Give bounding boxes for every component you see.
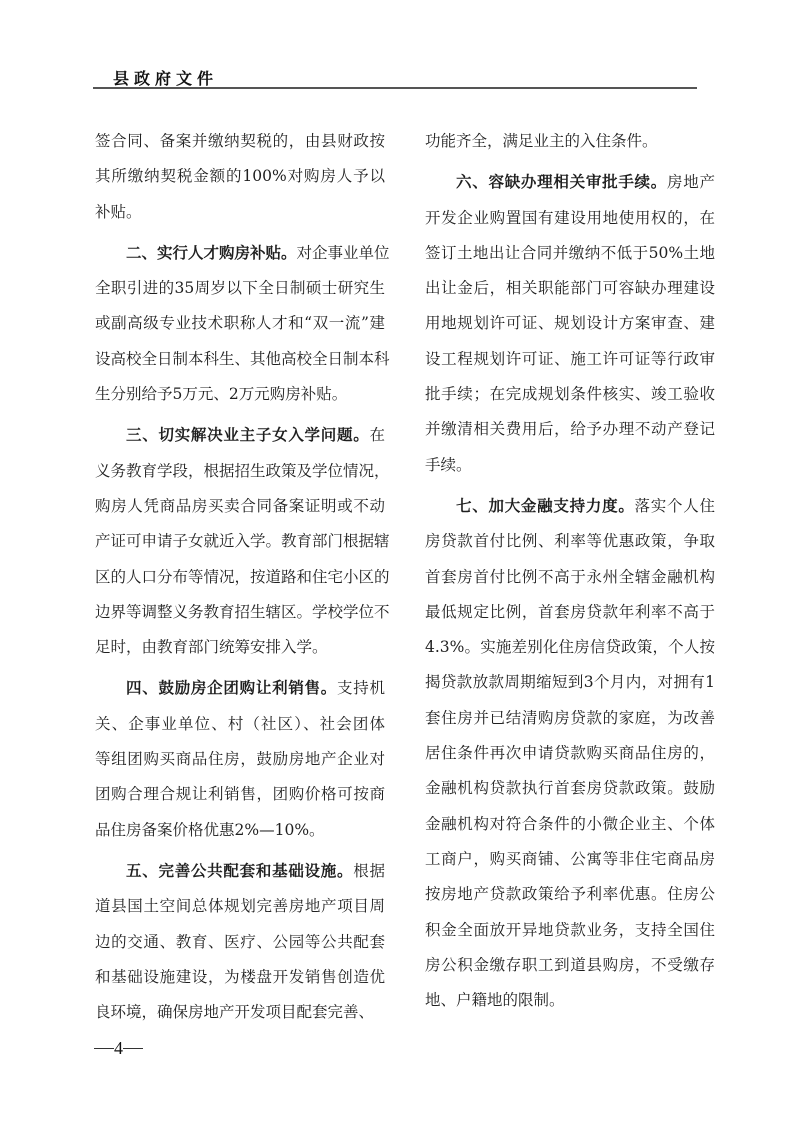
- section-heading: 二、实行人才购房补贴。: [126, 244, 297, 262]
- running-header-title: 县政府文件: [113, 66, 218, 89]
- body-text: 首套房首付比例不高于永州全辖金融机构: [425, 568, 715, 586]
- text-line: 五、完善公共配套和基础设施。根据: [95, 854, 385, 889]
- text-line: 居住条件再次申请贷款购买商品住房的，: [425, 736, 715, 771]
- text-line: 道县国土空间总体规划完善房地产项目周: [95, 889, 385, 924]
- text-line: 品住房备案价格优惠2%—10%。: [95, 813, 385, 848]
- body-text: 道县国土空间总体规划完善房地产项目周: [95, 897, 385, 915]
- right-column: 功能齐全，满足业主的入住条件。六、容缺办理相关审批手续。房地产开发企业购置国有建…: [425, 124, 715, 1018]
- text-line: 地、户籍地的限制。: [425, 983, 715, 1018]
- body-text: 揭贷款放款周期缩短到3个月内，对拥有1: [425, 673, 715, 691]
- text-line: 生分别给予5万元、2万元购房补贴。: [95, 377, 385, 412]
- body-text: 等组团购买商品住房，鼓励房地产企业对: [95, 750, 385, 768]
- text-line: 和基础设施建设，为楼盘开发销售创造优: [95, 960, 385, 995]
- text-line: 义务教育学段，根据招生政策及学位情况，: [95, 454, 385, 489]
- body-text: 购房人凭商品房买卖合同备案证明或不动: [95, 497, 385, 515]
- text-line: 4.3%。实施差别化住房信贷政策，个人按: [425, 630, 715, 665]
- text-line: 七、加大金融支持力度。落实个人住: [425, 489, 715, 524]
- body-text: 房地产: [667, 173, 715, 191]
- body-text: 功能齐全，满足业主的入住条件。: [425, 132, 658, 150]
- section-heading: 五、完善公共配套和基础设施。: [126, 862, 353, 880]
- text-line: 签合同、备案并缴纳契税的，由县财政按: [95, 124, 385, 159]
- text-line: 补贴。: [95, 195, 385, 230]
- body-text: 区的人口分布等情况，按道路和住宅小区的: [95, 568, 390, 586]
- text-line: 边的交通、教育、医疗、公园等公共配套: [95, 925, 385, 960]
- text-line: 用地规划许可证、规划设计方案审查、建: [425, 306, 715, 341]
- body-text: 金融机构对符合条件的小微企业主、个体: [425, 815, 715, 833]
- text-line: 金融机构贷款执行首套房贷款政策。鼓励: [425, 771, 715, 806]
- body-text: 根据: [353, 862, 385, 880]
- body-text: 设工程规划许可证、施工许可证等行政审: [425, 350, 715, 368]
- text-line: 或副高级专业技术职称人才和“双一流”建: [95, 306, 385, 341]
- section-heading: 四、鼓励房企团购让利销售。: [126, 679, 337, 697]
- page-number: 4: [94, 1038, 143, 1059]
- text-line: 设工程规划许可证、施工许可证等行政审: [425, 342, 715, 377]
- text-line: 出让金后，相关职能部门可容缺办理建设: [425, 271, 715, 306]
- body-text: 工商户，购买商铺、公寓等非住宅商品房: [425, 850, 715, 868]
- body-text: 手续。: [425, 456, 472, 474]
- body-text: 团购合理合规让利销售，团购价格可按商: [95, 785, 385, 803]
- text-line: 开发企业购置国有建设用地使用权的，在: [425, 201, 715, 236]
- body-text: 地、户籍地的限制。: [425, 991, 565, 1009]
- text-line: 首套房首付比例不高于永州全辖金融机构: [425, 560, 715, 595]
- text-line: 良环境，确保房地产开发项目配套完善、: [95, 995, 385, 1030]
- body-text: 最低规定比例，首套房贷款年利率不高于: [425, 603, 715, 621]
- text-line: 其所缴纳契税金额的100%对购房人予以: [95, 159, 385, 194]
- text-line: 房贷款首付比例、利率等优惠政策，争取: [425, 524, 715, 559]
- body-text: 签订土地出让合同并缴纳不低于50%土地: [425, 244, 715, 262]
- body-text: 居住条件再次申请贷款购买商品住房的，: [425, 744, 715, 762]
- text-line: 揭贷款放款周期缩短到3个月内，对拥有1: [425, 665, 715, 700]
- body-text: 积金全面放开异地贷款业务，支持全国住: [425, 921, 715, 939]
- text-line: 全职引进的35周岁以下全日制硕士研究生: [95, 271, 385, 306]
- text-line: 并缴清相关费用后，给予办理不动产登记: [425, 412, 715, 447]
- body-text: 其所缴纳契税金额的100%对购房人予以: [95, 167, 385, 185]
- body-text: 并缴清相关费用后，给予办理不动产登记: [425, 420, 715, 438]
- body-text: 房贷款首付比例、利率等优惠政策，争取: [425, 532, 715, 550]
- page-number-dash-left: [94, 1048, 114, 1049]
- text-line: 产证可申请子女就近入学。教育部门根据辖: [95, 524, 385, 559]
- body-text: 按房地产贷款政策给予利率优惠。住房公: [425, 885, 715, 903]
- body-text: 用地规划许可证、规划设计方案审查、建: [425, 314, 715, 332]
- body-text: 对企事业单位: [297, 244, 390, 262]
- text-line: 批手续；在完成规划条件核实、竣工验收: [425, 377, 715, 412]
- body-text: 和基础设施建设，为楼盘开发销售创造优: [95, 968, 385, 986]
- body-text: 支持机: [337, 679, 385, 697]
- body-text: 金融机构贷款执行首套房贷款政策。鼓励: [425, 779, 715, 797]
- text-line: 团购合理合规让利销售，团购价格可按商: [95, 777, 385, 812]
- body-text: 边的交通、教育、医疗、公园等公共配套: [95, 933, 385, 951]
- text-line: 金融机构对符合条件的小微企业主、个体: [425, 807, 715, 842]
- left-column: 签合同、备案并缴纳契税的，由县财政按其所缴纳契税金额的100%对购房人予以补贴。…: [95, 124, 385, 1030]
- text-line: 工商户，购买商铺、公寓等非住宅商品房: [425, 842, 715, 877]
- body-text: 生分别给予5万元、2万元购房补贴。: [95, 385, 347, 403]
- text-line: 六、容缺办理相关审批手续。房地产: [425, 165, 715, 200]
- body-text: 套住房并已结清购房贷款的家庭，为改善: [425, 709, 715, 727]
- section-heading: 七、加大金融支持力度。: [456, 497, 635, 515]
- body-text: 补贴。: [95, 203, 142, 221]
- body-text: 落实个人住: [635, 497, 715, 515]
- text-line: 四、鼓励房企团购让利销售。支持机: [95, 671, 385, 706]
- body-text: 签合同、备案并缴纳契税的，由县财政按: [95, 132, 385, 150]
- body-text: 边界等调整义务教育招生辖区。学校学位不: [95, 603, 390, 621]
- page-number-value: 4: [114, 1038, 123, 1059]
- text-line: 设高校全日制本科生、其他高校全日制本科: [95, 342, 385, 377]
- body-text: 批手续；在完成规划条件核实、竣工验收: [425, 385, 715, 403]
- body-text: 良环境，确保房地产开发项目配套完善、: [95, 1003, 374, 1021]
- text-line: 足时，由教育部门统筹安排入学。: [95, 630, 385, 665]
- section-heading: 三、切实解决业主子女入学问题。: [126, 426, 369, 444]
- text-line: 积金全面放开异地贷款业务，支持全国住: [425, 913, 715, 948]
- text-line: 等组团购买商品住房，鼓励房地产企业对: [95, 742, 385, 777]
- text-line: 签订土地出让合同并缴纳不低于50%土地: [425, 236, 715, 271]
- text-line: 套住房并已结清购房贷款的家庭，为改善: [425, 701, 715, 736]
- text-line: 房公积金缴存职工到道县购房，不受缴存: [425, 948, 715, 983]
- text-line: 最低规定比例，首套房贷款年利率不高于: [425, 595, 715, 630]
- body-text: 产证可申请子女就近入学。教育部门根据辖: [95, 532, 390, 550]
- body-text: 关、企事业单位、村（社区）、社会团体: [95, 715, 385, 733]
- text-line: 关、企事业单位、村（社区）、社会团体: [95, 707, 385, 742]
- text-line: 按房地产贷款政策给予利率优惠。住房公: [425, 877, 715, 912]
- text-line: 边界等调整义务教育招生辖区。学校学位不: [95, 595, 385, 630]
- body-text: 足时，由教育部门统筹安排入学。: [95, 638, 328, 656]
- page-number-dash-right: [123, 1048, 143, 1049]
- body-text: 4.3%。实施差别化住房信贷政策，个人按: [425, 638, 715, 656]
- text-line: 购房人凭商品房买卖合同备案证明或不动: [95, 489, 385, 524]
- body-text: 在: [369, 426, 385, 444]
- body-text: 出让金后，相关职能部门可容缺办理建设: [425, 279, 715, 297]
- header-rule: [93, 87, 697, 89]
- body-text: 或副高级专业技术职称人才和“双一流”建: [95, 314, 385, 332]
- text-line: 三、切实解决业主子女入学问题。在: [95, 418, 385, 453]
- text-line: 二、实行人才购房补贴。对企事业单位: [95, 236, 385, 271]
- body-text: 全职引进的35周岁以下全日制硕士研究生: [95, 279, 385, 297]
- body-text: 房公积金缴存职工到道县购房，不受缴存: [425, 956, 715, 974]
- body-text: 开发企业购置国有建设用地使用权的，在: [425, 209, 715, 227]
- text-line: 区的人口分布等情况，按道路和住宅小区的: [95, 560, 385, 595]
- section-heading: 六、容缺办理相关审批手续。: [456, 173, 667, 191]
- text-line: 手续。: [425, 448, 715, 483]
- text-line: 功能齐全，满足业主的入住条件。: [425, 124, 715, 159]
- body-text: 设高校全日制本科生、其他高校全日制本科: [95, 350, 390, 368]
- body-text: 义务教育学段，根据招生政策及学位情况，: [95, 462, 390, 480]
- body-text: 品住房备案价格优惠2%—10%。: [95, 821, 325, 839]
